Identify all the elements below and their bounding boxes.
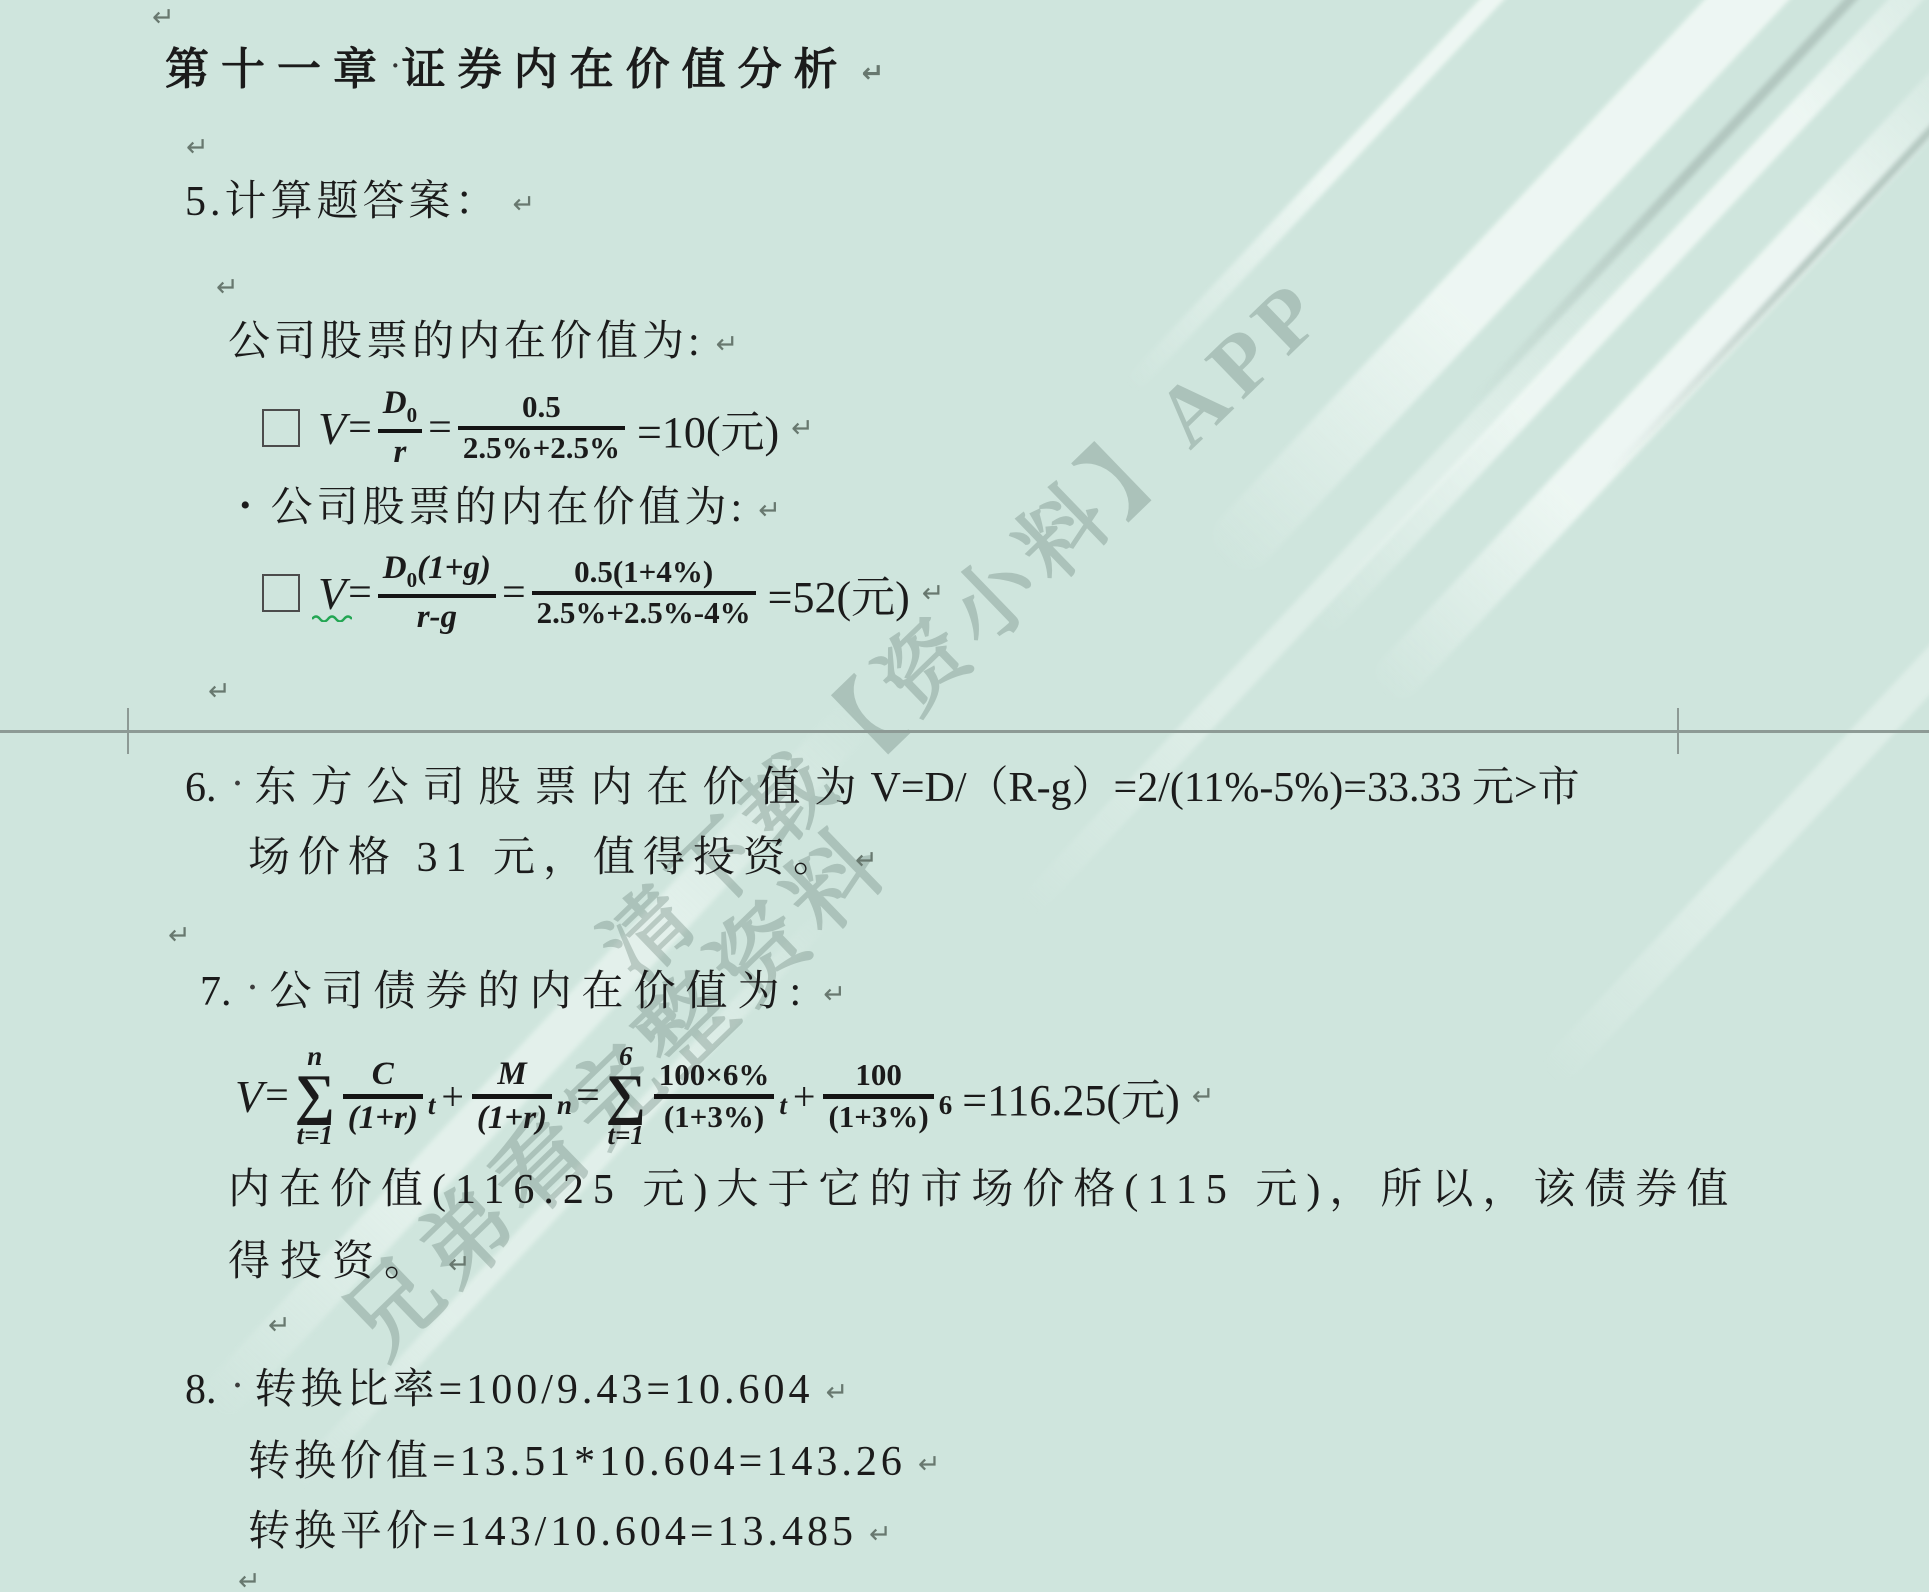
equals-sign: =: [265, 1072, 289, 1120]
streak: [1538, 466, 1929, 1089]
fraction-bar: [472, 1094, 552, 1099]
summation-6: 6 ∑ t=1: [606, 1043, 646, 1149]
chapter-title: 第十一章·证券内在价值分析↵: [165, 42, 884, 97]
q7-line-1: 内在价值(116.25 元)大于它的市场价格(115 元)，所以，该债券值: [228, 1164, 1737, 1217]
fraction-denominator: (1+3%): [659, 1100, 769, 1135]
margin-tick-right: [1677, 708, 1679, 754]
var-V: V: [235, 1070, 263, 1123]
fraction-C: C (1+r): [343, 1056, 423, 1137]
paragraph-mark: ↵: [869, 1519, 892, 1550]
paragraph-mark: ↵: [1192, 1081, 1215, 1112]
q8-line-3-text: 转换平价=143/10.604=13.485: [248, 1509, 857, 1555]
formula-stock-value-1: V = D0 r = 0.5 2.5%+2.5% =10(元) ↵: [262, 382, 814, 474]
paragraph-mark: ↵: [823, 979, 846, 1010]
streak: [1607, 0, 1929, 477]
paragraph-mark: ↵: [758, 495, 781, 526]
equals-sign: =: [576, 1072, 600, 1120]
fraction-numerator: M: [492, 1056, 531, 1093]
paragraph-mark: ↵: [862, 58, 885, 89]
paragraph-mark: ↵: [513, 189, 536, 220]
space-mark-icon: ·: [391, 51, 400, 80]
streak: [1366, 18, 1929, 708]
fraction-05-over-rate: 0.5 2.5%+2.5%: [458, 390, 625, 465]
fraction-054-over-rate: 0.5(1+4%) 2.5%+2.5%-4%: [532, 555, 756, 630]
q8-line-2: 转换价值=13.51*10.604=143.26↵: [248, 1436, 941, 1489]
fraction-bar: [823, 1094, 933, 1099]
fraction-denominator: r: [389, 434, 412, 471]
q6-text-formula: V=D/（R-g）=2/(11%-5%)=33.33 元>市: [871, 765, 1580, 811]
q5-stock-label-2: •公司股票的内在价值为:↵: [240, 482, 781, 535]
paragraph-mark: ↵: [208, 676, 231, 707]
q5-stock-label-1: 公司股票的内在价值为:↵: [228, 316, 738, 369]
paragraph-mark: ↵: [268, 1310, 291, 1341]
fraction-bar: [378, 429, 422, 433]
space-mark-icon: ·: [248, 971, 258, 1004]
spellcheck-squiggle-icon: [312, 612, 352, 622]
plus-sign: +: [793, 1073, 816, 1120]
q8-line-3: 转换平价=143/10.604=13.485↵: [248, 1506, 892, 1559]
paragraph-mark: ↵: [168, 920, 191, 951]
sigma-icon: ∑: [295, 1070, 335, 1122]
paragraph-mark: ↵: [716, 329, 739, 360]
q8-line-1-text: 转换比率=100/9.43=10.604: [255, 1367, 814, 1413]
exponent-t: t: [428, 1090, 436, 1121]
space-mark-icon: ·: [233, 767, 243, 800]
q5-heading: 5.计算题答案：↵: [185, 176, 535, 229]
document-page[interactable]: 兄弟看完整资料 清下载【资小料】APP ↵ ↵ ↵ ↵ ↵ ↵ ↵ 第十一章·证…: [0, 0, 1929, 1592]
square-bullet-icon: [262, 409, 300, 447]
fraction-principal: 100 (1+3%): [823, 1058, 933, 1134]
var-V: V: [318, 402, 346, 455]
q6-number: 6.: [185, 765, 217, 811]
fraction-numerator: D0: [378, 385, 422, 428]
formula-result: =10(元): [637, 396, 779, 460]
fraction-bar: [343, 1094, 423, 1099]
fraction-bar: [378, 594, 496, 598]
fraction-D0-over-r: D0 r: [378, 385, 422, 470]
paragraph-mark: ↵: [238, 1566, 261, 1592]
paragraph-mark: ↵: [186, 132, 209, 163]
sigma-icon: ∑: [606, 1070, 646, 1122]
streak: [1124, 0, 1785, 393]
q7-line-1-text: 内在价值(116.25 元)大于它的市场价格(115 元)，所以，该债券值: [228, 1167, 1737, 1213]
equals-sign: =: [502, 569, 526, 617]
q6-line-2-text: 场价格 31 元，值得投资。: [248, 835, 843, 881]
q6-text-cjk: 东方公司股票内在价值为: [255, 765, 871, 811]
fraction-numerator: 0.5: [517, 390, 566, 425]
q5-heading-text: 5.计算题答案：: [185, 179, 501, 225]
formula-result: =116.25(元): [962, 1064, 1180, 1128]
fraction-denominator: r-g: [412, 599, 462, 636]
q7-number: 7.: [200, 969, 232, 1015]
chapter-title-number: 第十一章: [165, 45, 389, 94]
summation-n: n ∑ t=1: [295, 1043, 335, 1149]
formula-stock-value-2: V = D0(1+g) r-g = 0.5(1+4%) 2.5%+2.5%-4%…: [262, 538, 944, 648]
square-bullet-icon: [262, 574, 300, 612]
fraction-denominator: (1+3%): [823, 1100, 933, 1135]
fraction-numerator: C: [367, 1056, 399, 1093]
fraction-denominator: (1+r): [343, 1100, 423, 1137]
fraction-bar: [654, 1094, 775, 1099]
equals-sign: =: [348, 569, 372, 617]
bullet-dot-icon: •: [240, 489, 251, 522]
equals-sign: =: [348, 404, 372, 452]
fraction-denominator: 2.5%+2.5%: [458, 431, 625, 466]
paragraph-mark: ↵: [152, 2, 175, 33]
sum-lower-limit: t=1: [297, 1122, 333, 1149]
plus-sign: +: [441, 1073, 464, 1120]
q5-stock-label-2-text: 公司股票的内在价值为:: [271, 485, 747, 531]
q7-heading-text: 公司债券的内在价值为:: [270, 969, 812, 1015]
fraction-D0g-over-rg: D0(1+g) r-g: [378, 550, 496, 635]
q8-line-1: 8.·转换比率=100/9.43=10.604↵: [185, 1364, 848, 1417]
exponent-6: 6: [939, 1090, 953, 1121]
fraction-denominator: 2.5%+2.5%-4%: [532, 596, 756, 631]
q5-stock-label-1-text: 公司股票的内在价值为:: [228, 319, 704, 365]
q8-number: 8.: [185, 1367, 217, 1413]
streak: [1200, 0, 1929, 583]
fraction-numerator: 100: [850, 1058, 907, 1093]
fraction-M: M (1+r): [472, 1056, 552, 1137]
formula-result: =52(元): [768, 561, 910, 625]
streak: [1469, 0, 1929, 408]
q8-line-2-text: 转换价值=13.51*10.604=143.26: [248, 1439, 906, 1485]
q7-line-2: 得投资。↵: [228, 1236, 471, 1289]
streak: [1309, 0, 1929, 638]
paragraph-mark: ↵: [826, 1377, 849, 1408]
page-divider-line: [0, 730, 1929, 733]
q6-line-1: 6.·东方公司股票内在价值为V=D/（R-g）=2/(11%-5%)=33.33…: [185, 762, 1580, 815]
paragraph-mark: ↵: [922, 578, 945, 609]
paragraph-mark: ↵: [918, 1449, 941, 1480]
fraction-numerator: D0(1+g): [378, 550, 496, 593]
exponent-n: n: [557, 1090, 572, 1121]
sum-lower-limit: t=1: [608, 1122, 644, 1149]
fraction-numerator: 100×6%: [654, 1058, 775, 1093]
streak: [1017, 228, 1663, 919]
paragraph-mark: ↵: [448, 1249, 471, 1280]
fraction-coupon: 100×6% (1+3%): [654, 1058, 775, 1134]
q7-line-2-text: 得投资。: [228, 1239, 436, 1285]
paragraph-mark: ↵: [855, 845, 878, 876]
paragraph-mark: ↵: [791, 413, 814, 444]
exponent-t: t: [779, 1090, 787, 1121]
chapter-title-text: 证券内在价值分析: [402, 45, 850, 94]
fraction-denominator: (1+r): [472, 1100, 552, 1137]
formula-bond-value: V = n ∑ t=1 C (1+r) t + M (1+r) n = 6 ∑ …: [235, 1030, 1214, 1162]
paragraph-mark: ↵: [216, 272, 239, 303]
margin-tick-left: [127, 708, 129, 754]
fraction-numerator: 0.5(1+4%): [569, 555, 718, 590]
space-mark-icon: ·: [233, 1369, 243, 1402]
equals-sign: =: [428, 404, 452, 452]
q7-heading: 7.·公司债券的内在价值为:↵: [200, 966, 846, 1019]
q6-line-2: 场价格 31 元，值得投资。↵: [248, 832, 878, 885]
